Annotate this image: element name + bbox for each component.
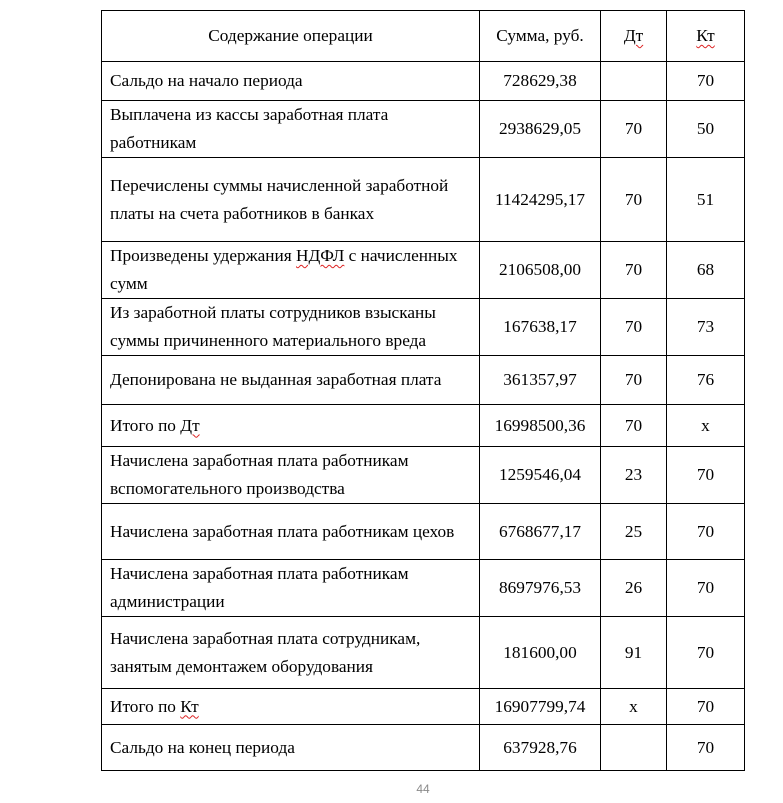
row-description: Начислена заработная плата работникам вс… <box>102 447 480 504</box>
row-description: Начислена заработная плата работникам це… <box>102 504 480 560</box>
header-credit-label: Кт <box>696 26 714 45</box>
row-credit: 51 <box>667 158 745 242</box>
row-credit: 70 <box>667 617 745 689</box>
row-debit: 70 <box>601 356 667 405</box>
table-row: Из заработной платы сотрудников взысканы… <box>102 299 745 356</box>
row-debit: 70 <box>601 101 667 158</box>
row-amount: 637928,76 <box>480 725 601 771</box>
table-row: Начислена заработная плата работникам це… <box>102 504 745 560</box>
row-debit: 70 <box>601 405 667 447</box>
table-row: Депонирована не выданная заработная плат… <box>102 356 745 405</box>
table-row: Перечислены суммы начисленной заработной… <box>102 158 745 242</box>
credit-term: Кт <box>180 697 198 716</box>
row-description: Сальдо на конец периода <box>102 725 480 771</box>
row-credit: 70 <box>667 62 745 101</box>
row-amount: 11424295,17 <box>480 158 601 242</box>
row-credit: 70 <box>667 725 745 771</box>
table-row: Начислена заработная плата сотрудникам, … <box>102 617 745 689</box>
row-debit: 70 <box>601 242 667 299</box>
row-debit: 70 <box>601 158 667 242</box>
row-credit: 73 <box>667 299 745 356</box>
row-description: Сальдо на начало периода <box>102 62 480 101</box>
row-debit: 25 <box>601 504 667 560</box>
row-amount: 1259546,04 <box>480 447 601 504</box>
row-credit: 70 <box>667 504 745 560</box>
row-description: Начислена заработная плата работникам ад… <box>102 560 480 617</box>
row-amount: 16998500,36 <box>480 405 601 447</box>
row-description: Начислена заработная плата сотрудникам, … <box>102 617 480 689</box>
table-row: Начислена заработная плата работникам ад… <box>102 560 745 617</box>
table-row: Начислена заработная плата работникам вс… <box>102 447 745 504</box>
header-credit: Кт <box>667 11 745 62</box>
row-description: Перечислены суммы начисленной заработной… <box>102 158 480 242</box>
row-description: Депонирована не выданная заработная плат… <box>102 356 480 405</box>
table-row: Выплачена из кассы заработная плата рабо… <box>102 101 745 158</box>
row-amount: 2938629,05 <box>480 101 601 158</box>
header-debit: Дт <box>601 11 667 62</box>
row-amount: 8697976,53 <box>480 560 601 617</box>
row-credit: 70 <box>667 560 745 617</box>
table-row-debit-total: Итого по Дт 16998500,36 70 х <box>102 405 745 447</box>
row-amount: 181600,00 <box>480 617 601 689</box>
row-description: Итого по Дт <box>102 405 480 447</box>
row-debit: 70 <box>601 299 667 356</box>
row-description: Произведены удержания НДФЛ с начисленных… <box>102 242 480 299</box>
row-amount: 16907799,74 <box>480 689 601 725</box>
header-description: Содержание операции <box>102 11 480 62</box>
table-row-credit-total: Итого по Кт 16907799,74 х 70 <box>102 689 745 725</box>
debit-term: Дт <box>180 416 199 435</box>
row-credit: 50 <box>667 101 745 158</box>
row-credit: 70 <box>667 447 745 504</box>
row-debit: 23 <box>601 447 667 504</box>
row-amount: 728629,38 <box>480 62 601 101</box>
table-row-opening-balance: Сальдо на начало периода 728629,38 70 <box>102 62 745 101</box>
row-credit: 76 <box>667 356 745 405</box>
account-70-ledger-table: Содержание операции Сумма, руб. Дт Кт Са… <box>101 10 745 771</box>
ndfl-term: НДФЛ <box>296 246 344 265</box>
table-row: Произведены удержания НДФЛ с начисленных… <box>102 242 745 299</box>
row-amount: 361357,97 <box>480 356 601 405</box>
page-number: 44 <box>0 782 783 796</box>
row-debit: 91 <box>601 617 667 689</box>
row-credit: х <box>667 405 745 447</box>
row-credit: 70 <box>667 689 745 725</box>
table-row-closing-balance: Сальдо на конец периода 637928,76 70 <box>102 725 745 771</box>
header-amount: Сумма, руб. <box>480 11 601 62</box>
row-debit <box>601 62 667 101</box>
row-debit: 26 <box>601 560 667 617</box>
row-debit: х <box>601 689 667 725</box>
row-description: Из заработной платы сотрудников взысканы… <box>102 299 480 356</box>
row-description: Итого по Кт <box>102 689 480 725</box>
row-credit: 68 <box>667 242 745 299</box>
row-amount: 2106508,00 <box>480 242 601 299</box>
table-header-row: Содержание операции Сумма, руб. Дт Кт <box>102 11 745 62</box>
row-amount: 167638,17 <box>480 299 601 356</box>
row-amount: 6768677,17 <box>480 504 601 560</box>
row-description: Выплачена из кассы заработная плата рабо… <box>102 101 480 158</box>
row-debit <box>601 725 667 771</box>
header-debit-label: Дт <box>624 26 643 45</box>
